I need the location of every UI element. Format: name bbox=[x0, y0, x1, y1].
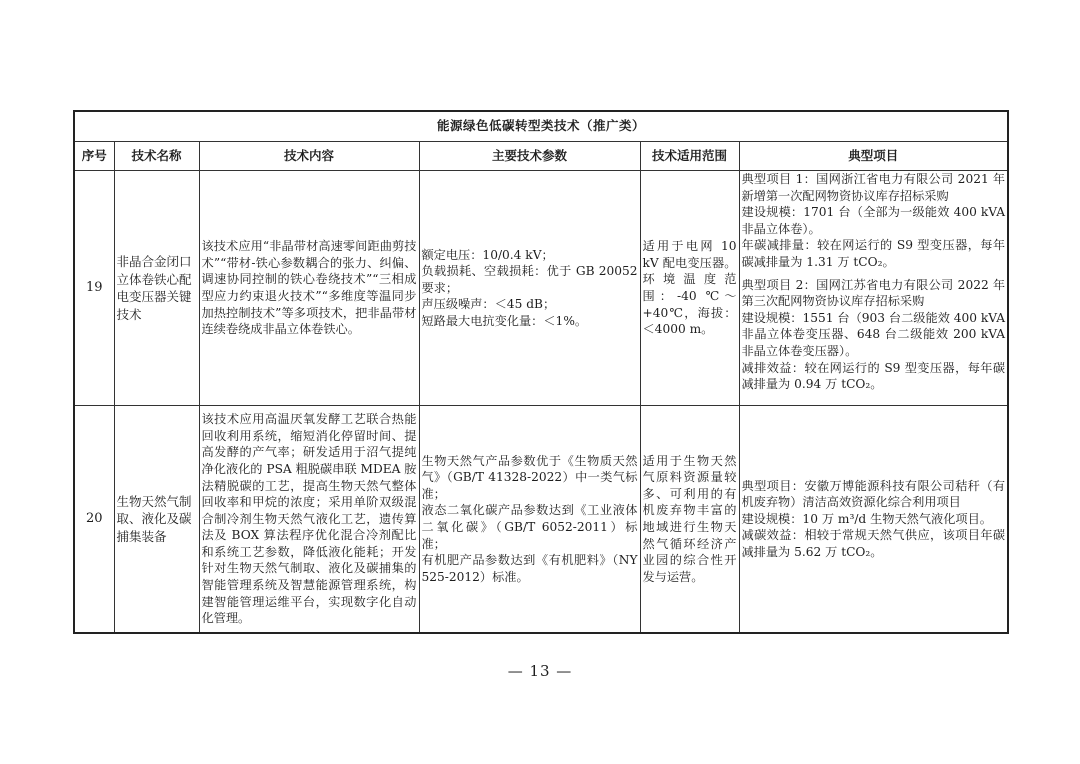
table-row: 20 生物天然气制取、液化及碳捕集装备 该技术应用高温厌氧发酵工艺联合热能回收利… bbox=[74, 406, 1008, 634]
column-header-scope: 技术适用范围 bbox=[640, 142, 739, 171]
column-header-content: 技术内容 bbox=[199, 142, 419, 171]
application-scope: 适用于电网 10 kV 配电变压器。环境温度范围：-40 ℃～+40℃，海拔：＜… bbox=[640, 171, 739, 406]
page-number: — 13 — bbox=[0, 662, 1080, 680]
technology-name: 生物天然气制取、液化及碳捕集装备 bbox=[114, 406, 199, 634]
technical-parameters: 额定电压：10/0.4 kV； 负载损耗、空载损耗：优于 GB 20052 要求… bbox=[419, 171, 640, 406]
parameter-line: 负载损耗、空载损耗：优于 GB 20052 要求； bbox=[422, 263, 638, 296]
project-line: 年碳减排量：较在网运行的 S9 型变压器，每年碳减排量为 1.31 万 tCO₂… bbox=[742, 237, 1006, 270]
column-header-name: 技术名称 bbox=[114, 142, 199, 171]
technology-table: 能源绿色低碳转型类技术（推广类） 序号 技术名称 技术内容 主要技术参数 技术适… bbox=[73, 110, 1009, 634]
parameter-line: 额定电压：10/0.4 kV； bbox=[422, 247, 638, 264]
project-line: 建设规模：1701 台（全部为一级能效 400 kVA 非晶立体卷）。 bbox=[742, 204, 1006, 237]
row-number: 20 bbox=[74, 406, 114, 634]
typical-projects: 典型项目：安徽万博能源科技有限公司秸秆（有机废弃物）清洁高效资源化综合利用项目 … bbox=[739, 406, 1008, 634]
technology-content: 该技术应用“非晶带材高速零间距曲剪技术”“带材-铁心参数耦合的张力、纠偏、调速协… bbox=[199, 171, 419, 406]
column-header-projects: 典型项目 bbox=[739, 142, 1008, 171]
project-line: 典型项目 2：国网江苏省电力有限公司 2022 年第三次配网物资协议库存招标采购 bbox=[742, 277, 1006, 310]
table-title: 能源绿色低碳转型类技术（推广类） bbox=[74, 111, 1008, 142]
table-header-row: 序号 技术名称 技术内容 主要技术参数 技术适用范围 典型项目 bbox=[74, 142, 1008, 171]
parameter-line: 短路最大电抗变化量：＜1%。 bbox=[422, 313, 638, 330]
application-scope: 适用于生物天然气原料资源量较多、可利用的有机废弃物丰富的地域进行生物天然气循环经… bbox=[640, 406, 739, 634]
project-line: 减排效益：较在网运行的 S9 型变压器，每年碳减排量为 0.94 万 tCO₂。 bbox=[742, 360, 1006, 393]
column-header-no: 序号 bbox=[74, 142, 114, 171]
typical-projects: 典型项目 1：国网浙江省电力有限公司 2021 年新增第一次配网物资协议库存招标… bbox=[739, 171, 1008, 406]
project-line: 减碳效益：相较于常规天然气供应，该项目年碳减排量为 5.62 万 tCO₂。 bbox=[742, 527, 1006, 560]
column-header-params: 主要技术参数 bbox=[419, 142, 640, 171]
parameter-line: 有机肥产品参数达到《有机肥料》（NY 525-2012）标准。 bbox=[422, 552, 638, 585]
technology-name: 非晶合金闭口立体卷铁心配电变压器关键技术 bbox=[114, 171, 199, 406]
parameter-line: 生物天然气产品参数优于《生物质天然气》（GB/T 41328-2022）中一类气… bbox=[422, 453, 638, 503]
project-line: 典型项目：安徽万博能源科技有限公司秸秆（有机废弃物）清洁高效资源化综合利用项目 bbox=[742, 478, 1006, 511]
technical-parameters: 生物天然气产品参数优于《生物质天然气》（GB/T 41328-2022）中一类气… bbox=[419, 406, 640, 634]
table-row: 19 非晶合金闭口立体卷铁心配电变压器关键技术 该技术应用“非晶带材高速零间距曲… bbox=[74, 171, 1008, 406]
row-number: 19 bbox=[74, 171, 114, 406]
project-line: 建设规模：1551 台（903 台二级能效 400 kVA 非晶立体卷变压器、6… bbox=[742, 310, 1006, 360]
technology-content: 该技术应用高温厌氧发酵工艺联合热能回收利用系统，缩短消化停留时间、提高发酵的产气… bbox=[199, 406, 419, 634]
project-line: 建设规模：10 万 m³/d 生物天然气液化项目。 bbox=[742, 511, 1006, 528]
parameter-line: 液态二氧化碳产品参数达到《工业液体二氧化碳》（GB/T 6052-2011）标准… bbox=[422, 502, 638, 552]
table-title-row: 能源绿色低碳转型类技术（推广类） bbox=[74, 111, 1008, 142]
project-line: 典型项目 1：国网浙江省电力有限公司 2021 年新增第一次配网物资协议库存招标… bbox=[742, 171, 1006, 204]
parameter-line: 声压级噪声：＜45 dB； bbox=[422, 296, 638, 313]
